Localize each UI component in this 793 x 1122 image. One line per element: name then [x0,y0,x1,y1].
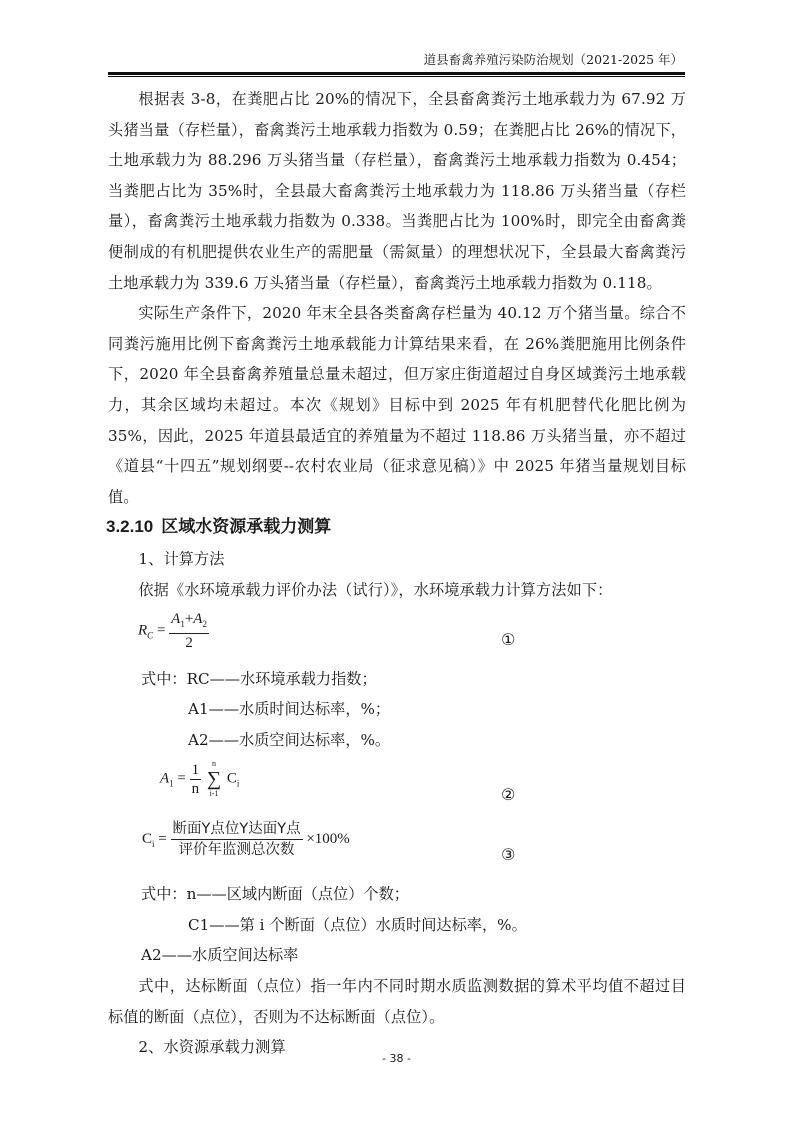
section-heading: 3.2.10区域水资源承载力测算 [106,514,686,540]
page-number: - 38 - [0,1052,793,1065]
equation-marker-2: ② [501,785,515,804]
definition-n: 式中：n——区域内断面（点位）个数； [108,879,686,910]
method-intro: 依据《水环境承载力评价办法（试行）》，水环境承载力计算方法如下： [108,575,686,606]
formula-rc-expression: RC = A1+A2 2 [138,610,209,652]
definition-rc: 式中：RC——水环境承载力指数； [108,664,686,695]
formula-ci-fraction: 断面Y点位Y达面Y点 评价年监测总次数 [171,819,303,860]
equation-marker-1: ① [501,630,515,649]
formula-a1-expression: A1 = 1 n n ∑ i-1 Ci [160,759,239,799]
header-title: 道县畜禽养殖污染防治规划（2021-2025 年） [108,52,685,68]
section-number: 3.2.10 [106,517,153,536]
running-header: 道县畜禽养殖污染防治规划（2021-2025 年） [108,52,685,77]
equation-marker-3: ③ [501,845,515,864]
page-body: 根据表 3-8，在粪肥占比 20%的情况下，全县畜禽粪污土地承载力为 67.92… [108,84,686,1063]
subsection-calc-method: 1、计算方法 [108,544,686,575]
formula-ci: Ci = 断面Y点位Y达面Y点 评价年监测总次数 ×100% ③ [108,817,686,879]
definition-c1: C1——第 i 个断面（点位）水质时间达标率，%。 [108,910,686,941]
formula-ci-expression: Ci = 断面Y点位Y达面Y点 评价年监测总次数 ×100% [142,819,350,860]
document-page: 道县畜禽养殖污染防治规划（2021-2025 年） 根据表 3-8，在粪肥占比 … [0,0,793,1122]
paragraph-manure-capacity: 根据表 3-8，在粪肥占比 20%的情况下，全县畜禽粪污土地承载力为 67.92… [108,84,686,298]
header-rule-thick [108,72,685,75]
definition-a2-spatial: A2——水质空间达标率 [108,940,686,971]
summation-symbol: n ∑ i-1 [207,759,221,799]
definition-a2: A2——水质空间达标率，%。 [108,725,686,756]
formula-rc: RC = A1+A2 2 ① [108,606,686,664]
header-rule-thin [108,76,685,77]
definition-a1: A1——水质时间达标率，%； [108,694,686,725]
paragraph-standard-section: 式中，达标断面（点位）指一年内不同时期水质监测数据的算术平均值不超过目标值的断面… [108,971,686,1032]
formula-rc-fraction: A1+A2 2 [169,610,209,652]
formula-a1: A1 = 1 n n ∑ i-1 Ci ② [108,755,686,817]
section-title: 区域水资源承载力测算 [161,517,331,536]
paragraph-actual-conditions: 实际生产条件下，2020 年末全县各类畜禽存栏量为 40.12 万个猪当量。综合… [108,298,686,512]
